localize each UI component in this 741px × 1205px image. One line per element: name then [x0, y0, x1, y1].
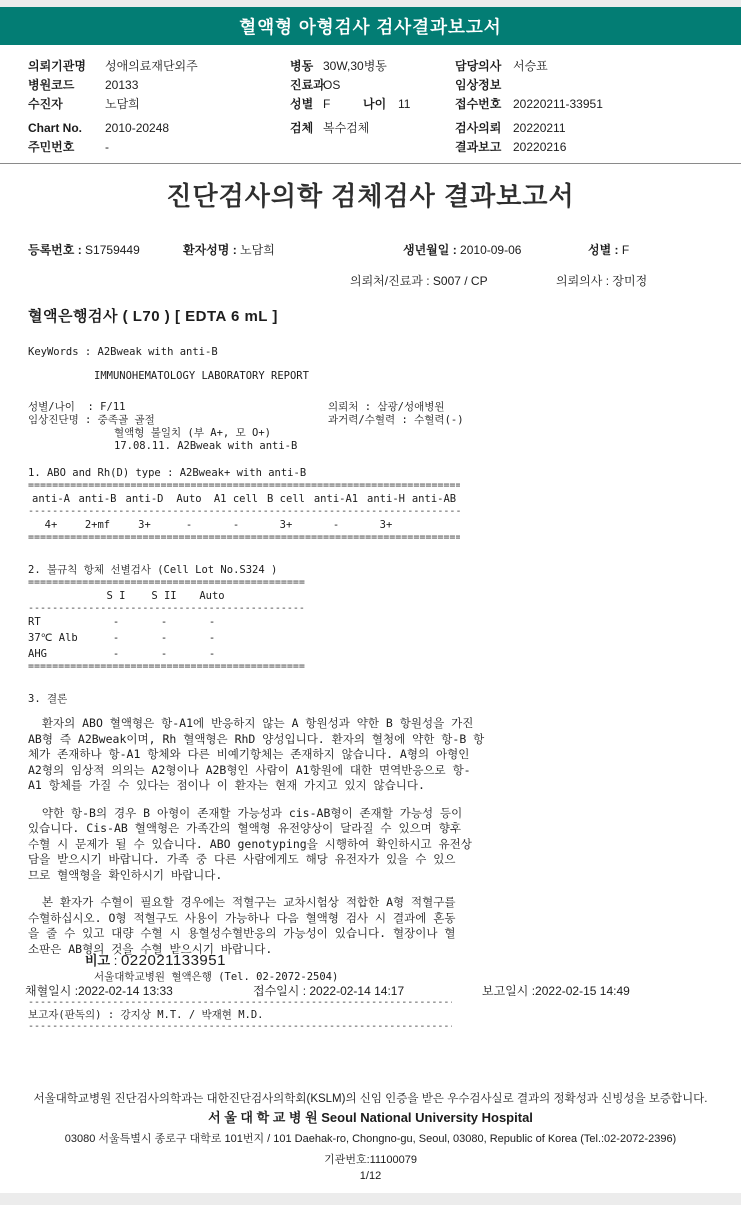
cell-value: 3+ [362, 519, 410, 532]
info-row: Chart No.2010-20248 [28, 119, 278, 138]
info-row: 병동30W,30병동 [290, 57, 470, 76]
birth-date: 생년월일 : 2010-09-06 [403, 241, 521, 258]
field-label: 병원코드 [28, 76, 74, 95]
summary-left: 임상진단명 : 중족골 골절 [28, 414, 155, 427]
table-rule: ----------------------------------------… [28, 606, 305, 613]
received-datetime: 접수일시 : 2022-02-14 14:17 [253, 982, 404, 999]
referring-doctor: 의뢰의사 : 장미정 [556, 272, 647, 289]
field-value: 2010-20248 [105, 119, 169, 138]
field-value: 30W,30병동 [323, 57, 387, 76]
page-title: 진단검사의학 검체검사 결과보고서 [0, 176, 741, 213]
table-rule: ========================================… [28, 580, 305, 587]
summary-line: 임상진단명 : 중족골 골절과거력/수혈력 : 수혈력(-) [28, 414, 628, 427]
col-header: anti-A1 [310, 493, 362, 506]
field-value: - [105, 138, 109, 157]
field-label: 임상정보 [455, 76, 501, 95]
field-label: Chart No. [28, 119, 82, 138]
info-row: 결과보고20220216 [455, 138, 725, 157]
cell-value: - [140, 632, 188, 645]
cell-value: - [92, 632, 140, 645]
cell-value: - [92, 648, 140, 661]
info-row: 병원코드20133 [28, 76, 278, 95]
field-label: 진료과 [290, 76, 325, 95]
field-value: 노담희 [105, 95, 140, 114]
table-value-row: 4+2+mf3+--3+-3+ [28, 516, 460, 535]
table-rule: ========================================… [28, 535, 460, 542]
field-value: F [622, 243, 629, 257]
field-value: 20133 [105, 76, 138, 95]
col-header: S II [140, 590, 188, 603]
field-label: 환자성명 : [183, 243, 237, 257]
field-value: S007 / CP [433, 274, 488, 288]
col-header: anti-D [121, 493, 168, 506]
cell-value: - [168, 519, 210, 532]
field-label: 결과보고 [455, 138, 501, 157]
cell-value: 2+mf [74, 519, 121, 532]
info-row: 수진자노담희 [28, 95, 278, 114]
field-value: 복수검체 [323, 119, 369, 138]
table-rule: ========================================… [28, 664, 305, 671]
org-number: 기관번호:11100079 [0, 1151, 741, 1167]
field-label: 보고일시 : [482, 984, 535, 998]
info-row: 의뢰기관명성애의료재단외주 [28, 57, 278, 76]
info-row: 진료과OS [290, 76, 470, 95]
table-row: RT--- [28, 613, 305, 632]
row-label: 37℃ Alb [28, 632, 92, 645]
info-row: 접수번호20220211-33951 [455, 95, 725, 114]
col-header: anti-AB [410, 493, 458, 506]
table-header-row: S IS IIAuto [28, 587, 305, 606]
section3-title: 3. 결론 [28, 693, 628, 706]
field-value: 2010-09-06 [460, 243, 521, 257]
cell-value: - [210, 519, 262, 532]
row-label: AHG [28, 648, 92, 661]
field-value: 2022-02-15 14:49 [535, 984, 630, 998]
report-banner: 혈액형 아형검사 검사결과보고서 [0, 7, 741, 45]
hospital-address: 03080 서울특별시 종로구 대학로 101번지 / 101 Daehak-r… [0, 1130, 741, 1146]
field-value: 노담희 [240, 243, 275, 257]
info-row: 담당의사서승표 [455, 57, 725, 76]
cell-value: - [188, 648, 236, 661]
section1-title: 1. ABO and Rh(D) type : A2Bweak+ with an… [28, 467, 628, 480]
cell-value: - [188, 616, 236, 629]
registration-number: 등록번호 : S1759449 [28, 241, 140, 258]
blood-bank-report: 혈액은행검사 ( L70 ) [ EDTA 6 mL ] KeyWords : … [28, 305, 628, 1031]
field-value: 2022-02-14 13:33 [78, 984, 173, 998]
remark-row: 비고 : 022021133951 [85, 950, 226, 969]
field-label: 채혈일시 : [25, 984, 78, 998]
field-value: 성애의료재단외주 [105, 57, 198, 76]
field-label: 수진자 [28, 95, 63, 114]
field-value: 장미정 [612, 274, 647, 288]
field-label: 생년월일 : [403, 243, 457, 257]
order-info-col3: 담당의사서승표 임상정보 접수번호20220211-33951 검사의뢰2022… [455, 57, 725, 157]
table-row: AHG--- [28, 648, 305, 664]
patient-sex: 성별 : F [588, 241, 629, 258]
cell-value: - [188, 632, 236, 645]
field-label: 주민번호 [28, 138, 74, 157]
collection-datetime: 채혈일시 :2022-02-14 13:33 [25, 982, 173, 999]
summary-left: 성별/나이 : F/11 [28, 401, 125, 414]
remark-separator: : [110, 953, 121, 968]
table-row: 37℃ Alb--- [28, 632, 305, 648]
field-label: 담당의사 [455, 57, 501, 76]
col-header: B cell [262, 493, 310, 506]
summary-indent: 17.08.11. A2Bweak with anti-B [114, 440, 297, 453]
field-label: 병동 [290, 57, 313, 76]
bottom-margin-strip [0, 1193, 741, 1205]
field-label: 검사의뢰 [455, 119, 501, 138]
cell-value: 4+ [28, 519, 74, 532]
abo-rh-table: ========================================… [28, 483, 460, 542]
field-label: 접수번호 [455, 95, 501, 114]
col-header: Auto [188, 590, 236, 603]
col-header: S I [92, 590, 140, 603]
info-row: 성별F나이11 [290, 95, 470, 114]
info-row: 임상정보 [455, 76, 725, 95]
cell-value [410, 519, 458, 532]
field-value: OS [323, 76, 340, 95]
hospital-name: 서 울 대 학 교 병 원 Seoul National University … [0, 1107, 741, 1126]
col-header: anti-B [74, 493, 121, 506]
summary-right: 의뢰처 : 삼광/성애병원 [328, 401, 445, 414]
page-number: 1/12 [0, 1170, 741, 1182]
cell-value: 3+ [262, 519, 310, 532]
field-label: 접수일시 : [253, 984, 309, 998]
field-label: 의뢰의사 : [556, 274, 609, 288]
field-value: 20220211 [513, 119, 566, 138]
top-margin-strip [0, 0, 741, 7]
table-header-row: anti-Aanti-Banti-DAutoA1 cellB cellanti-… [28, 490, 460, 509]
info-row: 검사의뢰20220211 [455, 119, 725, 138]
conclusion-paragraph-2: 약한 항-B의 경우 B 아형이 존재할 가능성과 cis-AB형이 존재할 가… [28, 806, 628, 884]
order-info-col2: 병동30W,30병동 진료과OS 성별F나이11 검체복수검체 [290, 57, 470, 138]
table-rule: ----------------------------------------… [28, 509, 460, 516]
remark-value: 022021133951 [121, 952, 226, 969]
field-label: 의뢰기관명 [28, 57, 86, 76]
lab-report-title: IMMUNOHEMATOLOGY LABORATORY REPORT [94, 370, 628, 383]
banner-title: 혈액형 아형검사 검사결과보고서 [239, 14, 501, 39]
cell-value: - [92, 616, 140, 629]
keywords-line: KeyWords : A2Bweak with anti-B [28, 346, 628, 359]
summary-right: 과거력/수혈력 : 수혈력(-) [328, 414, 464, 427]
cell-value: 3+ [121, 519, 168, 532]
field-value: 2022-02-14 14:17 [309, 984, 404, 998]
col-header: Auto [168, 493, 210, 506]
cell-value: - [310, 519, 362, 532]
summary-line: 성별/나이 : F/11의뢰처 : 삼광/성애병원 [28, 401, 628, 414]
field-label: 의뢰처/진료과 : [350, 274, 430, 288]
field-label: 성별 : [588, 243, 619, 257]
col-header: anti-H [362, 493, 410, 506]
row-label: RT [28, 616, 92, 629]
patient-name: 환자성명 : 노담희 [183, 241, 275, 258]
section-divider [0, 163, 741, 164]
conclusion-paragraph-3: 본 환자가 수혈이 필요할 경우에는 적혈구는 교차시험상 적합한 A형 적혈구… [28, 895, 628, 957]
certification-statement: 서울대학교병원 진단검사의학과는 대한진단검사의학회(KSLM)의 신임 인증을… [0, 1090, 741, 1106]
order-info-col1: 의뢰기관명성애의료재단외주 병원코드20133 수진자노담희 Chart No.… [28, 57, 278, 157]
remark-label: 비고 [85, 953, 110, 968]
field-label: 등록번호 : [28, 243, 82, 257]
info-row: 검체복수검체 [290, 119, 470, 138]
table-rule: ========================================… [28, 483, 460, 490]
conclusion-paragraph-1: 환자의 ABO 혈액형은 항-A1에 반응하지 않는 A 항원성과 약한 B 항… [28, 716, 628, 794]
field-value: 11 [398, 95, 410, 114]
section2-title: 2. 불규칙 항체 선별검사 (Cell Lot No.S324 ) [28, 564, 628, 577]
field-value: F [323, 95, 330, 114]
reporter-block: ----------------------------------------… [28, 1000, 452, 1031]
field-value: S1759449 [85, 243, 140, 257]
field-label: 나이 [363, 95, 386, 114]
reporter-rule: ----------------------------------------… [28, 1024, 452, 1031]
referral-department: 의뢰처/진료과 : S007 / CP [350, 272, 488, 289]
reporter-names: 보고자(판독의) : 강지상 M.T. / 박재현 M.D. [28, 1007, 452, 1024]
patient-info-row: 등록번호 : S1759449 환자성명 : 노담희 생년월일 : 2010-0… [0, 241, 741, 257]
field-value: 20220211-33951 [513, 95, 603, 114]
reporter-rule: ----------------------------------------… [28, 1000, 452, 1007]
col-header [28, 590, 92, 603]
field-label: 성별 [290, 95, 313, 114]
reported-datetime: 보고일시 :2022-02-15 14:49 [482, 982, 630, 999]
info-row: 주민번호- [28, 138, 278, 157]
field-value: 서승표 [513, 57, 548, 76]
col-header: A1 cell [210, 493, 262, 506]
summary-indent: 혈액형 불일치 (부 A+, 모 O+) [114, 427, 271, 440]
field-value: 20220216 [513, 138, 566, 157]
summary-line: 혈액형 불일치 (부 A+, 모 O+) [28, 427, 628, 440]
cell-value: - [140, 616, 188, 629]
cell-value: - [140, 648, 188, 661]
col-header: anti-A [28, 493, 74, 506]
referral-info-row: 의뢰처/진료과 : S007 / CP 의뢰의사 : 장미정 [0, 272, 741, 288]
test-heading: 혈액은행검사 ( L70 ) [ EDTA 6 mL ] [28, 305, 628, 326]
field-label: 검체 [290, 119, 313, 138]
antibody-screen-table: ========================================… [28, 580, 305, 671]
summary-line: 17.08.11. A2Bweak with anti-B [28, 440, 628, 453]
